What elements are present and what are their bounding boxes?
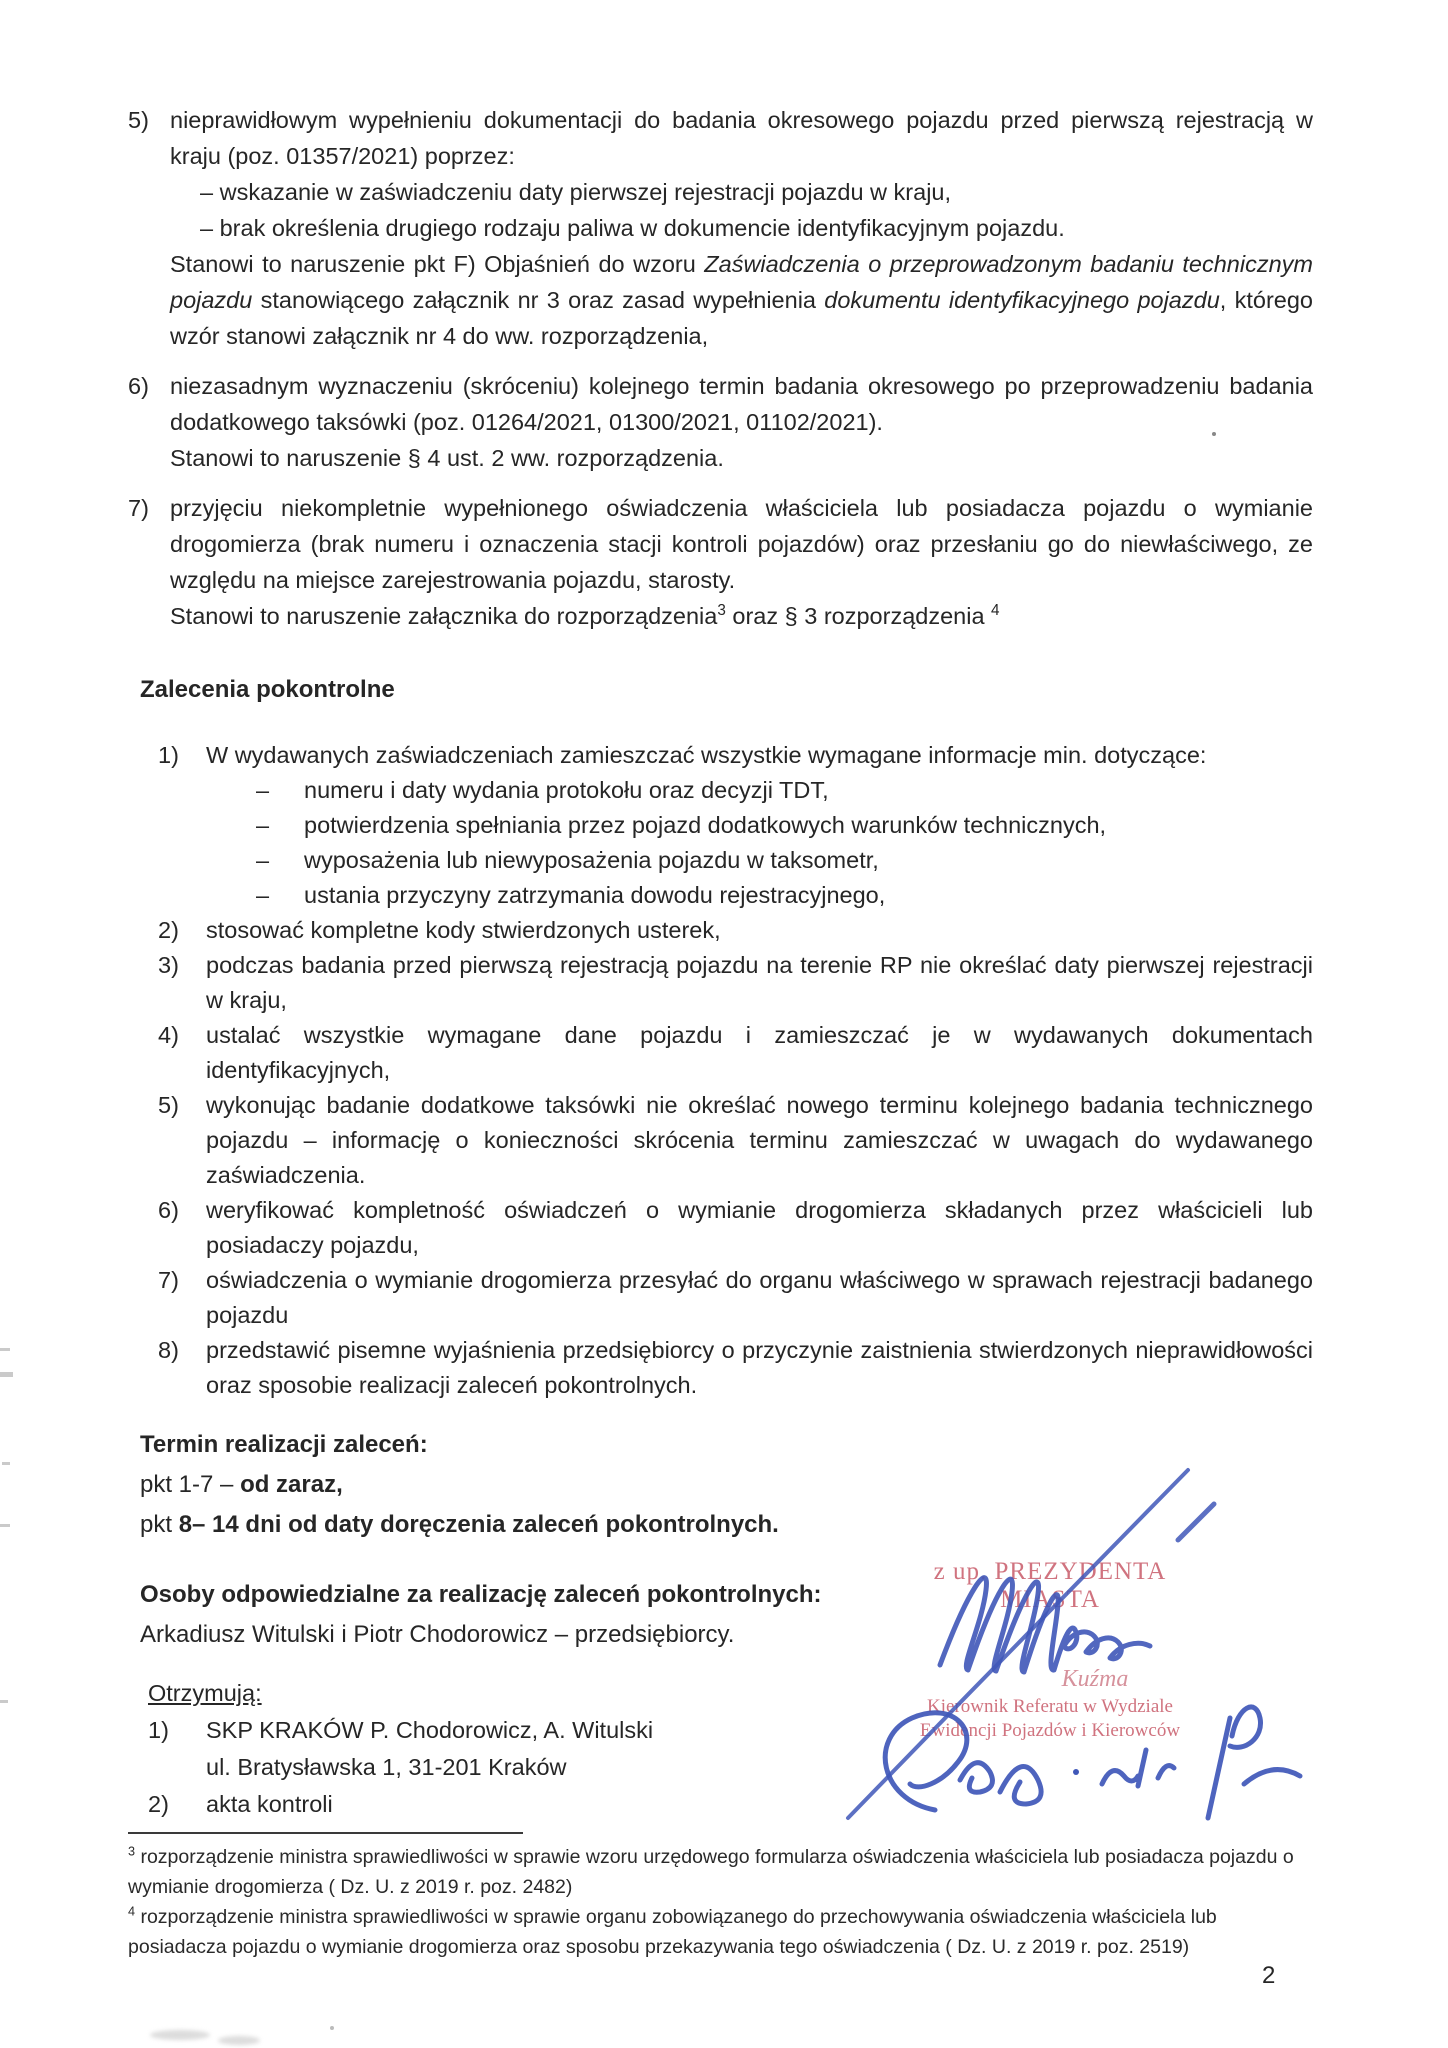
scan-artifact	[0, 1348, 10, 1351]
recommendation-item: 7) oświadczenia o wymianie drogomierza p…	[158, 1263, 1313, 1333]
deadline-line: pkt 8– 14 dni od daty doręczenia zaleceń…	[140, 1505, 1313, 1545]
scan-artifact	[218, 2036, 260, 2045]
recipient-item: 2) akta kontroli	[148, 1786, 1313, 1823]
note-part-italic: dokumentu identyfikacyjnego pojazdu	[824, 287, 1219, 313]
finding-text: przyjęciu niekompletnie wypełnionego ośw…	[170, 490, 1313, 598]
deadline-text: pkt 1-7 –	[140, 1471, 240, 1498]
recommendation-number: 2)	[158, 913, 206, 948]
recommendation-item: 3) podczas badania przed pierwszą rejest…	[158, 948, 1313, 1018]
recommendation-number: 6)	[158, 1193, 206, 1263]
footnote-marker: 4	[128, 1905, 135, 1919]
finding-item-6: 6) niezasadnym wyznaczeniu (skróceniu) k…	[128, 368, 1313, 476]
scan-artifact	[150, 2030, 210, 2040]
footnote-reference: 3	[717, 602, 726, 619]
dash-text: wyposażenia lub niewyposażenia pojazdu w…	[304, 843, 879, 878]
finding-text: nieprawidłowym wypełnieniu dokumentacji …	[170, 102, 1313, 174]
finding-text: niezasadnym wyznaczeniu (skróceniu) kole…	[170, 368, 1313, 440]
dash-marker: –	[256, 878, 304, 913]
footnote-4: 4 rozporządzenie ministra sprawiedliwośc…	[128, 1902, 1318, 1962]
deadline-text-bold: 8– 14 dni od daty doręczenia zaleceń pok…	[179, 1511, 779, 1538]
recommendations-list: 1) W wydawanych zaświadczeniach zamieszc…	[158, 738, 1313, 1403]
recipient-number: 1)	[148, 1712, 206, 1786]
recommendation-dash-item: –numeru i daty wydania protokołu oraz de…	[256, 773, 1313, 808]
scan-artifact	[0, 1372, 13, 1377]
note-part: Stanowi to naruszenie załącznika do rozp…	[170, 603, 717, 629]
stamp-signer-title: Kierownik Referatu w Wydziale Ewidencji …	[890, 1695, 1210, 1743]
recommendation-dash-item: –ustania przyczyny zatrzymania dowodu re…	[256, 878, 1313, 913]
recommendation-item: 8) przedstawić pisemne wyjaśnienia przed…	[158, 1333, 1313, 1403]
scan-artifact	[2, 1462, 10, 1465]
recommendation-number: 5)	[158, 1088, 206, 1193]
deadlines-section: Termin realizacji zaleceń: pkt 1-7 – od …	[140, 1425, 1313, 1545]
deadline-text-bold: od zaraz,	[240, 1471, 343, 1498]
finding-item-7: 7) przyjęciu niekompletnie wypełnionego …	[128, 490, 1313, 634]
footnote-text: rozporządzenie ministra sprawiedliwości …	[128, 1846, 1294, 1898]
recommendations-heading: Zalecenia pokontrolne	[140, 672, 1313, 708]
footnote-text: rozporządzenie ministra sprawiedliwości …	[128, 1906, 1217, 1958]
footnote-3: 3 rozporządzenie ministra sprawiedliwośc…	[128, 1842, 1318, 1902]
recommendation-number: 7)	[158, 1263, 206, 1333]
recommendation-item: 2) stosować kompletne kody stwierdzonych…	[158, 913, 1313, 948]
recommendation-number: 1)	[158, 738, 206, 913]
recipient-number: 2)	[148, 1786, 206, 1823]
deadline-line: pkt 1-7 – od zaraz,	[140, 1465, 1313, 1505]
finding-dash-item: – wskazanie w zaświadczeniu daty pierwsz…	[200, 174, 1313, 210]
finding-item-5: 5) nieprawidłowym wypełnieniu dokumentac…	[128, 102, 1313, 354]
recommendation-item: 1) W wydawanych zaświadczeniach zamieszc…	[158, 738, 1313, 913]
dash-text: potwierdzenia spełniania przez pojazd do…	[304, 808, 1106, 843]
footnote-separator	[128, 1832, 523, 1834]
stamp-title-line: Kierownik Referatu w Wydziale	[890, 1695, 1210, 1719]
dash-text: ustania przyczyny zatrzymania dowodu rej…	[304, 878, 885, 913]
recommendation-text: oświadczenia o wymianie drogomierza prze…	[206, 1263, 1313, 1333]
footnote-reference: 4	[991, 602, 1000, 619]
finding-note: Stanowi to naruszenie pkt F) Objaśnień d…	[170, 246, 1313, 354]
recommendation-item: 5) wykonując badanie dodatkowe taksówki …	[158, 1088, 1313, 1193]
recommendation-text: W wydawanych zaświadczeniach zamieszczać…	[206, 738, 1313, 773]
finding-number: 6)	[128, 368, 170, 476]
finding-note: Stanowi to naruszenie załącznika do rozp…	[170, 598, 1313, 634]
dash-marker: –	[256, 808, 304, 843]
finding-number: 7)	[128, 490, 170, 634]
stamp-signer-name: Kuźma	[890, 1666, 1210, 1693]
recommendation-text: weryfikować kompletność oświadczeń o wym…	[206, 1193, 1313, 1263]
recipient-line: akta kontroli	[206, 1786, 333, 1823]
finding-dash-item: – brak określenia drugiego rodzaju paliw…	[200, 210, 1313, 246]
recommendation-number: 8)	[158, 1333, 206, 1403]
note-part: oraz § 3 rozporządzenia	[726, 603, 991, 629]
dash-marker: –	[256, 773, 304, 808]
page-number: 2	[1262, 1962, 1275, 1990]
recommendation-number: 3)	[158, 948, 206, 1018]
footnotes: 3 rozporządzenie ministra sprawiedliwośc…	[128, 1842, 1318, 1962]
recommendation-dash-item: –wyposażenia lub niewyposażenia pojazdu …	[256, 843, 1313, 878]
finding-number: 5)	[128, 102, 170, 354]
stamp-title-line: Ewidencji Pojazdów i Kierowców	[890, 1719, 1210, 1743]
recommendation-text: podczas badania przed pierwszą rejestrac…	[206, 948, 1313, 1018]
dash-marker: –	[256, 843, 304, 878]
recommendation-item: 6) weryfikować kompletność oświadczeń o …	[158, 1193, 1313, 1263]
recommendation-text: ustalać wszystkie wymagane dane pojazdu …	[206, 1018, 1313, 1088]
scan-artifact	[0, 1524, 10, 1527]
finding-note: Stanowi to naruszenie § 4 ust. 2 ww. roz…	[170, 440, 1313, 476]
scan-artifact	[330, 2026, 334, 2030]
recommendation-dash-item: –potwierdzenia spełniania przez pojazd d…	[256, 808, 1313, 843]
recommendation-text: wykonując badanie dodatkowe taksówki nie…	[206, 1088, 1313, 1193]
footnote-marker: 3	[128, 1845, 135, 1859]
deadline-text: pkt	[140, 1511, 179, 1538]
recommendation-text: stosować kompletne kody stwierdzonych us…	[206, 913, 1313, 948]
recipient-line: ul. Bratysławska 1, 31-201 Kraków	[206, 1749, 653, 1786]
recipient-line: SKP KRAKÓW P. Chodorowicz, A. Witulski	[206, 1712, 653, 1749]
official-stamp: z up. PREZYDENTA MIASTA Kuźma Kierownik …	[890, 1558, 1210, 1743]
recommendation-text: przedstawić pisemne wyjaśnienia przedsię…	[206, 1333, 1313, 1403]
recommendation-item: 4) ustalać wszystkie wymagane dane pojaz…	[158, 1018, 1313, 1088]
scan-artifact	[1212, 432, 1216, 436]
note-part: Stanowi to naruszenie pkt F) Objaśnień d…	[170, 251, 704, 277]
note-part: stanowiącego załącznik nr 3 oraz zasad w…	[252, 287, 824, 313]
recommendation-number: 4)	[158, 1018, 206, 1088]
dash-text: numeru i daty wydania protokołu oraz dec…	[304, 773, 829, 808]
scan-artifact	[0, 1700, 8, 1703]
stamp-authorization-line: z up. PREZYDENTA MIASTA	[890, 1558, 1210, 1614]
deadlines-heading: Termin realizacji zaleceń:	[140, 1425, 1313, 1465]
document-page: 5) nieprawidłowym wypełnieniu dokumentac…	[0, 0, 1448, 2048]
